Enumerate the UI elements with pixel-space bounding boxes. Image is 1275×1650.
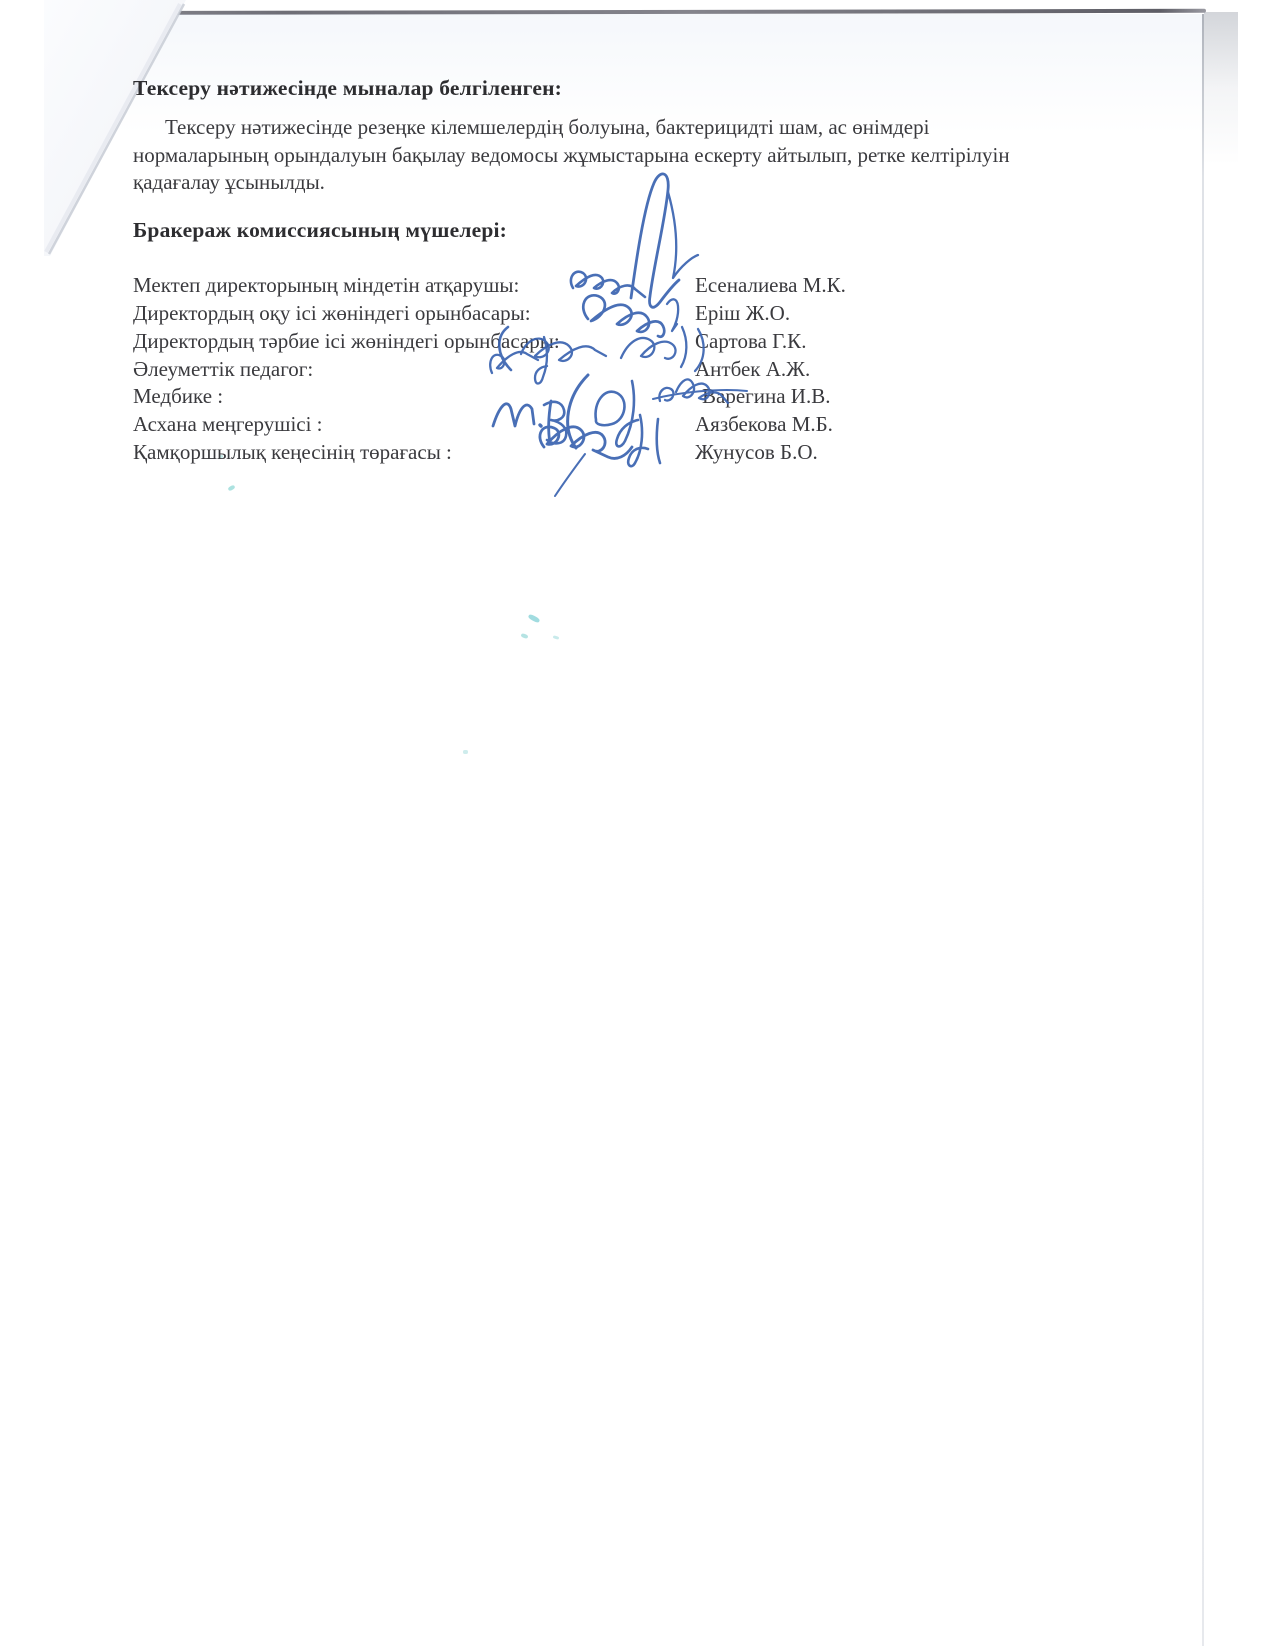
signature-stroke: [668, 192, 698, 278]
signature-stroke: [540, 427, 632, 459]
signature-stroke: [695, 329, 704, 371]
signature-stroke: [616, 381, 638, 446]
cyan-speck: [553, 635, 560, 639]
cyan-speck: [463, 750, 468, 754]
cyan-speck: [227, 485, 235, 492]
handwritten-signatures: [435, 158, 765, 498]
signature-stroke: [493, 404, 534, 426]
signature-stroke: [549, 401, 551, 443]
signature-stroke: [621, 338, 676, 359]
cyan-speck: [528, 613, 541, 623]
signature-stroke: [681, 327, 686, 367]
signature-stroke: [596, 392, 625, 426]
scan-top-edge-line: [56, 9, 1206, 15]
signature-stroke: [555, 454, 585, 496]
signature-stroke: [657, 419, 660, 463]
paper-corner-shadow: [1204, 12, 1238, 182]
signature-stroke: [490, 352, 538, 373]
signature-stroke: [540, 425, 541, 426]
cyan-speck: [521, 633, 529, 639]
signature-stroke: [667, 299, 678, 331]
results-heading: Тексеру нәтижесінде мыналар белгіленген:: [133, 76, 1045, 101]
signature-stroke: [583, 295, 664, 336]
scanned-document-page: Тексеру нәтижесінде мыналар белгіленген:…: [0, 0, 1275, 1650]
signature-stroke: [631, 174, 679, 307]
paper-right-edge: [1202, 14, 1204, 1646]
